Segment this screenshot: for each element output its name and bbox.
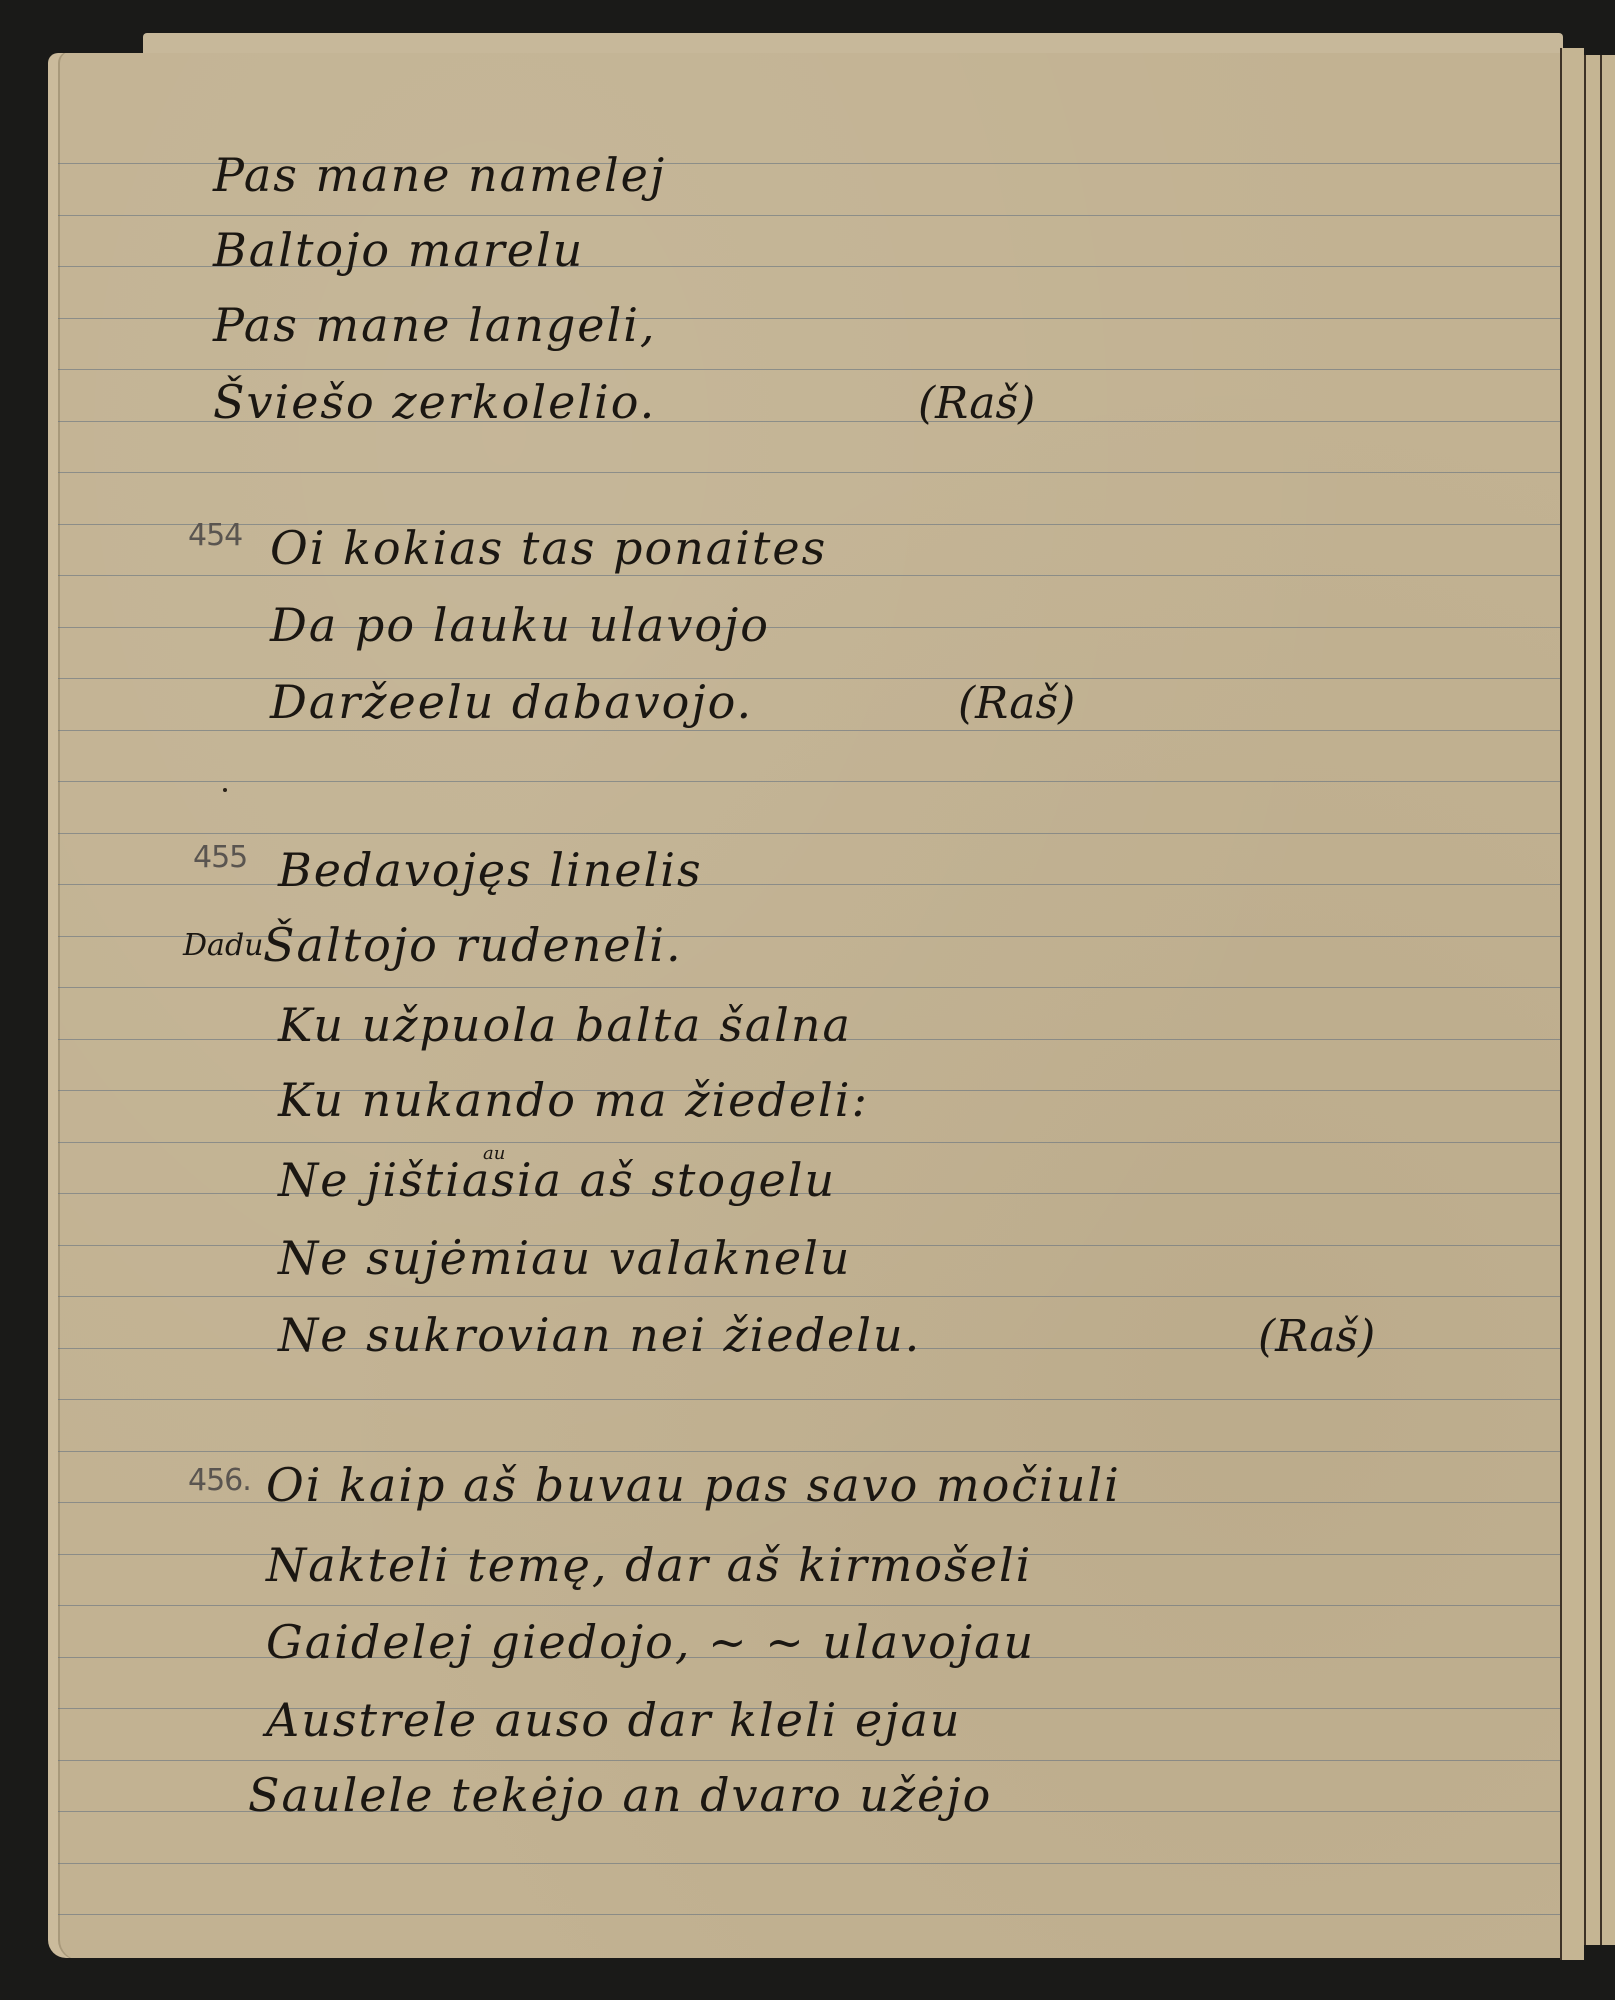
song-line: Pas mane namelej	[213, 148, 666, 202]
song-line: Da po lauku ulavojo	[270, 598, 770, 652]
song-line: Daržeelu dabavojo.	[270, 675, 753, 729]
ruled-line	[58, 1399, 1568, 1400]
song-line: Šviešo zerkolelio.	[213, 375, 656, 429]
ruled-line	[58, 781, 1568, 782]
ruled-line	[58, 369, 1568, 370]
song-line: Oi kokias tas ponaites	[270, 521, 827, 575]
ruled-line	[58, 1914, 1568, 1915]
ruled-line	[58, 987, 1568, 988]
ruled-line	[58, 1142, 1568, 1143]
spine-edge	[1584, 55, 1600, 1945]
song-line: Austrele auso dar kleli ejau	[266, 1693, 962, 1747]
margin-note: Dadu	[183, 928, 263, 963]
song-line: Ne jištiasia aš stogelu	[278, 1153, 836, 1207]
song-line: Baltojo marelu	[213, 223, 584, 277]
song-line: Šaltojo rudeneli.	[263, 918, 683, 972]
song-line: Bedavojęs linelis	[278, 843, 703, 897]
source-note: (Raš)	[918, 378, 1035, 429]
ruled-line	[58, 1296, 1568, 1297]
song-line: Nakteli temę, dar aš kirmošeli	[266, 1538, 1032, 1592]
source-note: (Raš)	[958, 678, 1075, 729]
ruled-line	[58, 1451, 1568, 1452]
ruled-line	[58, 1605, 1568, 1606]
ink-speck	[223, 788, 227, 792]
song-number: 456.	[188, 1463, 251, 1498]
song-line: Ne sukrovian nei žiedelu.	[278, 1308, 921, 1362]
song-line: Saulele tekėjo an dvaro užėjo	[248, 1768, 992, 1822]
song-line: Ku užpuola balta šalna	[278, 998, 852, 1052]
song-number: 455	[193, 840, 247, 875]
ruled-line	[58, 1760, 1568, 1761]
ruled-line	[58, 472, 1568, 473]
song-number: 454	[188, 518, 242, 553]
ruled-line	[58, 730, 1568, 731]
song-line: Ne sujėmiau valaknelu	[278, 1231, 851, 1285]
spine-edge	[1600, 55, 1615, 1945]
spine-edge	[1560, 48, 1584, 1960]
notebook-page: Pas mane namelej Baltojo marelu Pas mane…	[48, 53, 1568, 1958]
source-note: (Raš)	[1258, 1311, 1375, 1362]
ruled-line	[58, 833, 1568, 834]
song-line: Gaidelej giedojo, ~ ~ ulavojau	[266, 1615, 1035, 1669]
ruled-line	[58, 575, 1568, 576]
ruled-line	[58, 215, 1568, 216]
song-line: Ku nukando ma žiedeli:	[278, 1073, 869, 1127]
song-line: Oi kaip aš buvau pas savo močiuli	[266, 1458, 1121, 1512]
ruled-line	[58, 1863, 1568, 1864]
song-line: Pas mane langeli,	[213, 298, 657, 352]
